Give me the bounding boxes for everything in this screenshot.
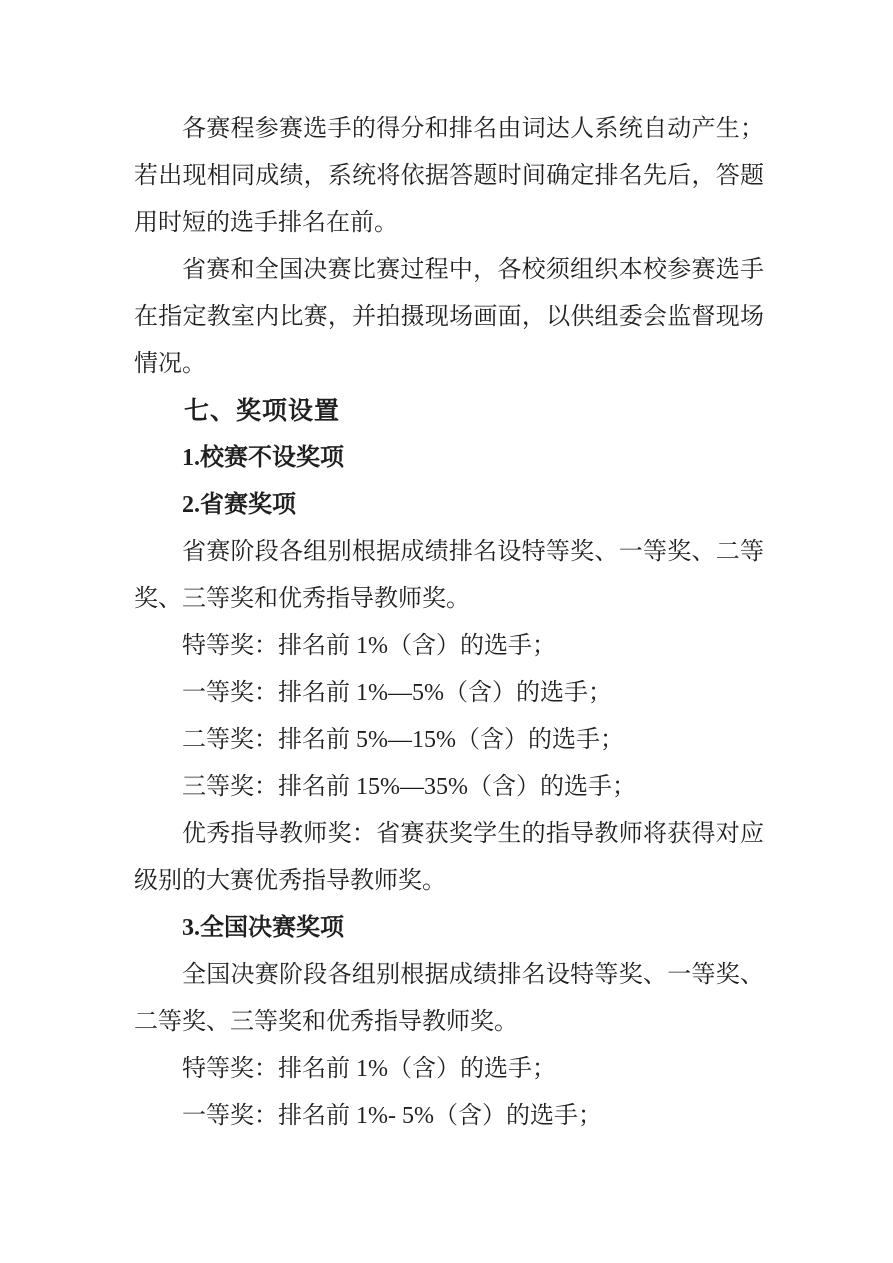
document-page: 各赛程参赛选手的得分和排名由词达人系统自动产生；若出现相同成绩，系统将依据答题时… — [0, 0, 893, 1263]
paragraph: 二等奖：排名前 5%—15%（含）的选手； — [134, 717, 764, 764]
paragraph: 各赛程参赛选手的得分和排名由词达人系统自动产生；若出现相同成绩，系统将依据答题时… — [134, 106, 764, 247]
paragraph: 省赛和全国决赛比赛过程中，各校须组织本校参赛选手在指定教室内比赛，并拍摄现场画面… — [134, 247, 764, 388]
paragraph: 优秀指导教师奖：省赛获奖学生的指导教师将获得对应级别的大赛优秀指导教师奖。 — [134, 811, 764, 905]
paragraph: 三等奖：排名前 15%—35%（含）的选手； — [134, 764, 764, 811]
paragraph: 特等奖：排名前 1%（含）的选手； — [134, 1046, 764, 1093]
paragraph: 省赛阶段各组别根据成绩排名设特等奖、一等奖、二等奖、三等奖和优秀指导教师奖。 — [134, 529, 764, 623]
paragraph: 一等奖：排名前 1%—5%（含）的选手； — [134, 670, 764, 717]
paragraph: 特等奖：排名前 1%（含）的选手； — [134, 623, 764, 670]
section-heading: 1.校赛不设奖项 — [134, 435, 764, 482]
paragraph: 全国决赛阶段各组别根据成绩排名设特等奖、一等奖、二等奖、三等奖和优秀指导教师奖。 — [134, 952, 764, 1046]
section-heading: 2.省赛奖项 — [134, 482, 764, 529]
document-body: 各赛程参赛选手的得分和排名由词达人系统自动产生；若出现相同成绩，系统将依据答题时… — [134, 106, 764, 1140]
section-heading: 七、奖项设置 — [134, 388, 764, 435]
section-heading: 3.全国决赛奖项 — [134, 905, 764, 952]
paragraph: 一等奖：排名前 1%- 5%（含）的选手； — [134, 1093, 764, 1140]
